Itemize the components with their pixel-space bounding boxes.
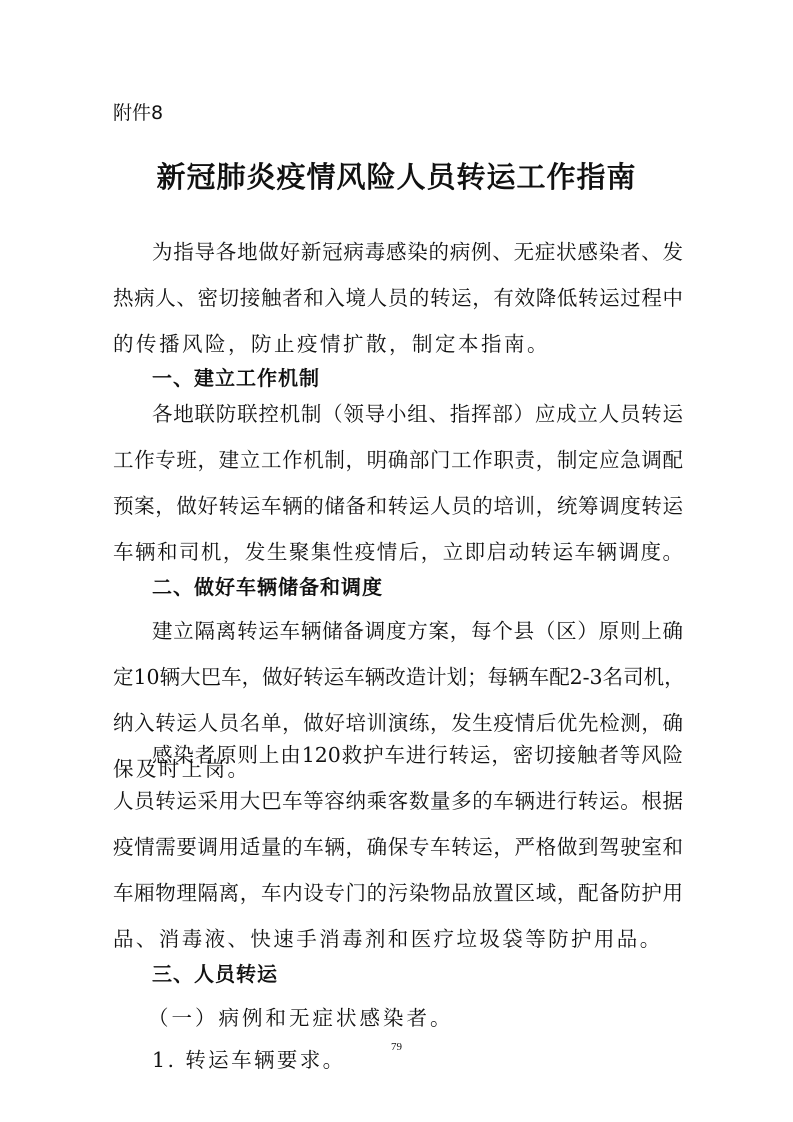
paragraph-line: 各地联防联控机制（领导小组、指挥部）应成立人员转运	[152, 400, 683, 428]
document-title: 新冠肺炎疫情风险人员转运工作指南	[0, 157, 793, 197]
paragraph-line: 定10辆大巴车，做好转运车辆改造计划；每辆车配2-3名司机，	[113, 663, 683, 691]
paragraph-line: 人员转运采用大巴车等容纳乘客数量多的车辆进行转运。根据	[113, 787, 683, 815]
paragraph-line: 感染者原则上由120救护车进行转运，密切接触者等风险	[152, 741, 683, 769]
section-heading-3: 三、人员转运	[152, 960, 722, 988]
paragraph-line: 预案，做好转运车辆的储备和转运人员的培训，统筹调度转运	[113, 492, 683, 520]
section-heading-2: 二、做好车辆储备和调度	[152, 573, 722, 601]
page-number: 79	[0, 1040, 793, 1054]
section-heading-1: 一、建立工作机制	[152, 364, 722, 392]
document-page: 附件8 新冠肺炎疫情风险人员转运工作指南 为指导各地做好新冠病毒感染的病例、无症…	[0, 0, 793, 1122]
attachment-label: 附件8	[113, 101, 163, 125]
paragraph-line: 纳入转运人员名单，做好培训演练，发生疫情后优先检测，确	[113, 709, 683, 737]
paragraph-line: 疫情需要调用适量的车辆，确保专车转运，严格做到驾驶室和	[113, 833, 683, 861]
paragraph-line: 车辆和司机，发生聚集性疫情后，立即启动转运车辆调度。	[113, 538, 683, 566]
subsection-heading: （一）病例和无症状感染者。	[148, 1004, 718, 1032]
paragraph-line: 品、消毒液、快速手消毒剂和医疗垃圾袋等防护用品。	[113, 925, 683, 953]
paragraph-line: 为指导各地做好新冠病毒感染的病例、无症状感染者、发	[152, 238, 683, 266]
paragraph-line: 车厢物理隔离，车内设专门的污染物品放置区域，配备防护用	[113, 879, 683, 907]
paragraph-line: 热病人、密切接触者和入境人员的转运，有效降低转运过程中	[113, 284, 683, 312]
paragraph-line: 的传播风险，防止疫情扩散，制定本指南。	[113, 330, 683, 358]
paragraph-line: 建立隔离转运车辆储备调度方案，每个县（区）原则上确	[152, 617, 683, 645]
paragraph-line: 工作专班，建立工作机制，明确部门工作职责，制定应急调配	[113, 446, 683, 474]
